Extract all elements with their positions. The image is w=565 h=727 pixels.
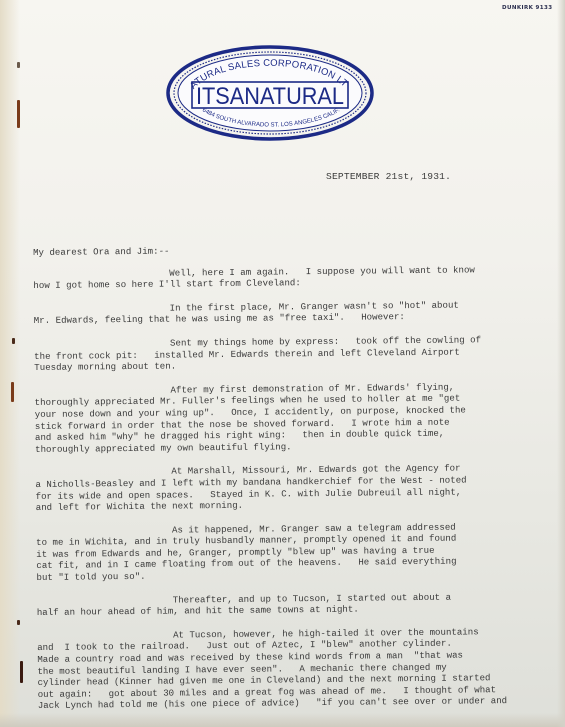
letter-page: DUNKIRK 9133 NATURAL SALES CORPORATION L… (0, 0, 565, 727)
staple-mark (17, 100, 20, 128)
paragraph: In the first place, Mr. Granger wasn't s… (34, 299, 514, 327)
company-logo: NATURAL SALES CORPORATION LTD. ITSANATUR… (165, 44, 375, 142)
letter-body: My dearest Ora and Jim:-- Well, here I a… (33, 242, 518, 724)
staple-mark (20, 661, 23, 683)
staple-mark (12, 338, 15, 344)
letter-date: SEPTEMBER 21st, 1931. (326, 171, 451, 182)
phone-number: DUNKIRK 9133 (502, 5, 552, 11)
staple-mark (17, 620, 20, 625)
salutation: My dearest Ora and Jim:-- (33, 242, 513, 259)
paragraph: As it happened, Mr. Granger saw a telegr… (36, 521, 517, 584)
paragraph: Sent my things home by express: took off… (34, 334, 514, 374)
staple-mark (11, 382, 14, 402)
brand-name: ITSANATURAL (196, 83, 344, 110)
staple-mark (17, 62, 20, 68)
paragraph: At Tucson, however, he high-tailed it ov… (37, 626, 518, 712)
paragraph: Well, here I am again. I suppose you wil… (33, 264, 513, 292)
paragraph: After my first demonstration of Mr. Edwa… (34, 381, 515, 456)
paragraph: Thereafter, and up to Tucson, I started … (37, 591, 517, 619)
paragraph: At Marshall, Missouri, Mr. Edwards got t… (35, 462, 515, 513)
